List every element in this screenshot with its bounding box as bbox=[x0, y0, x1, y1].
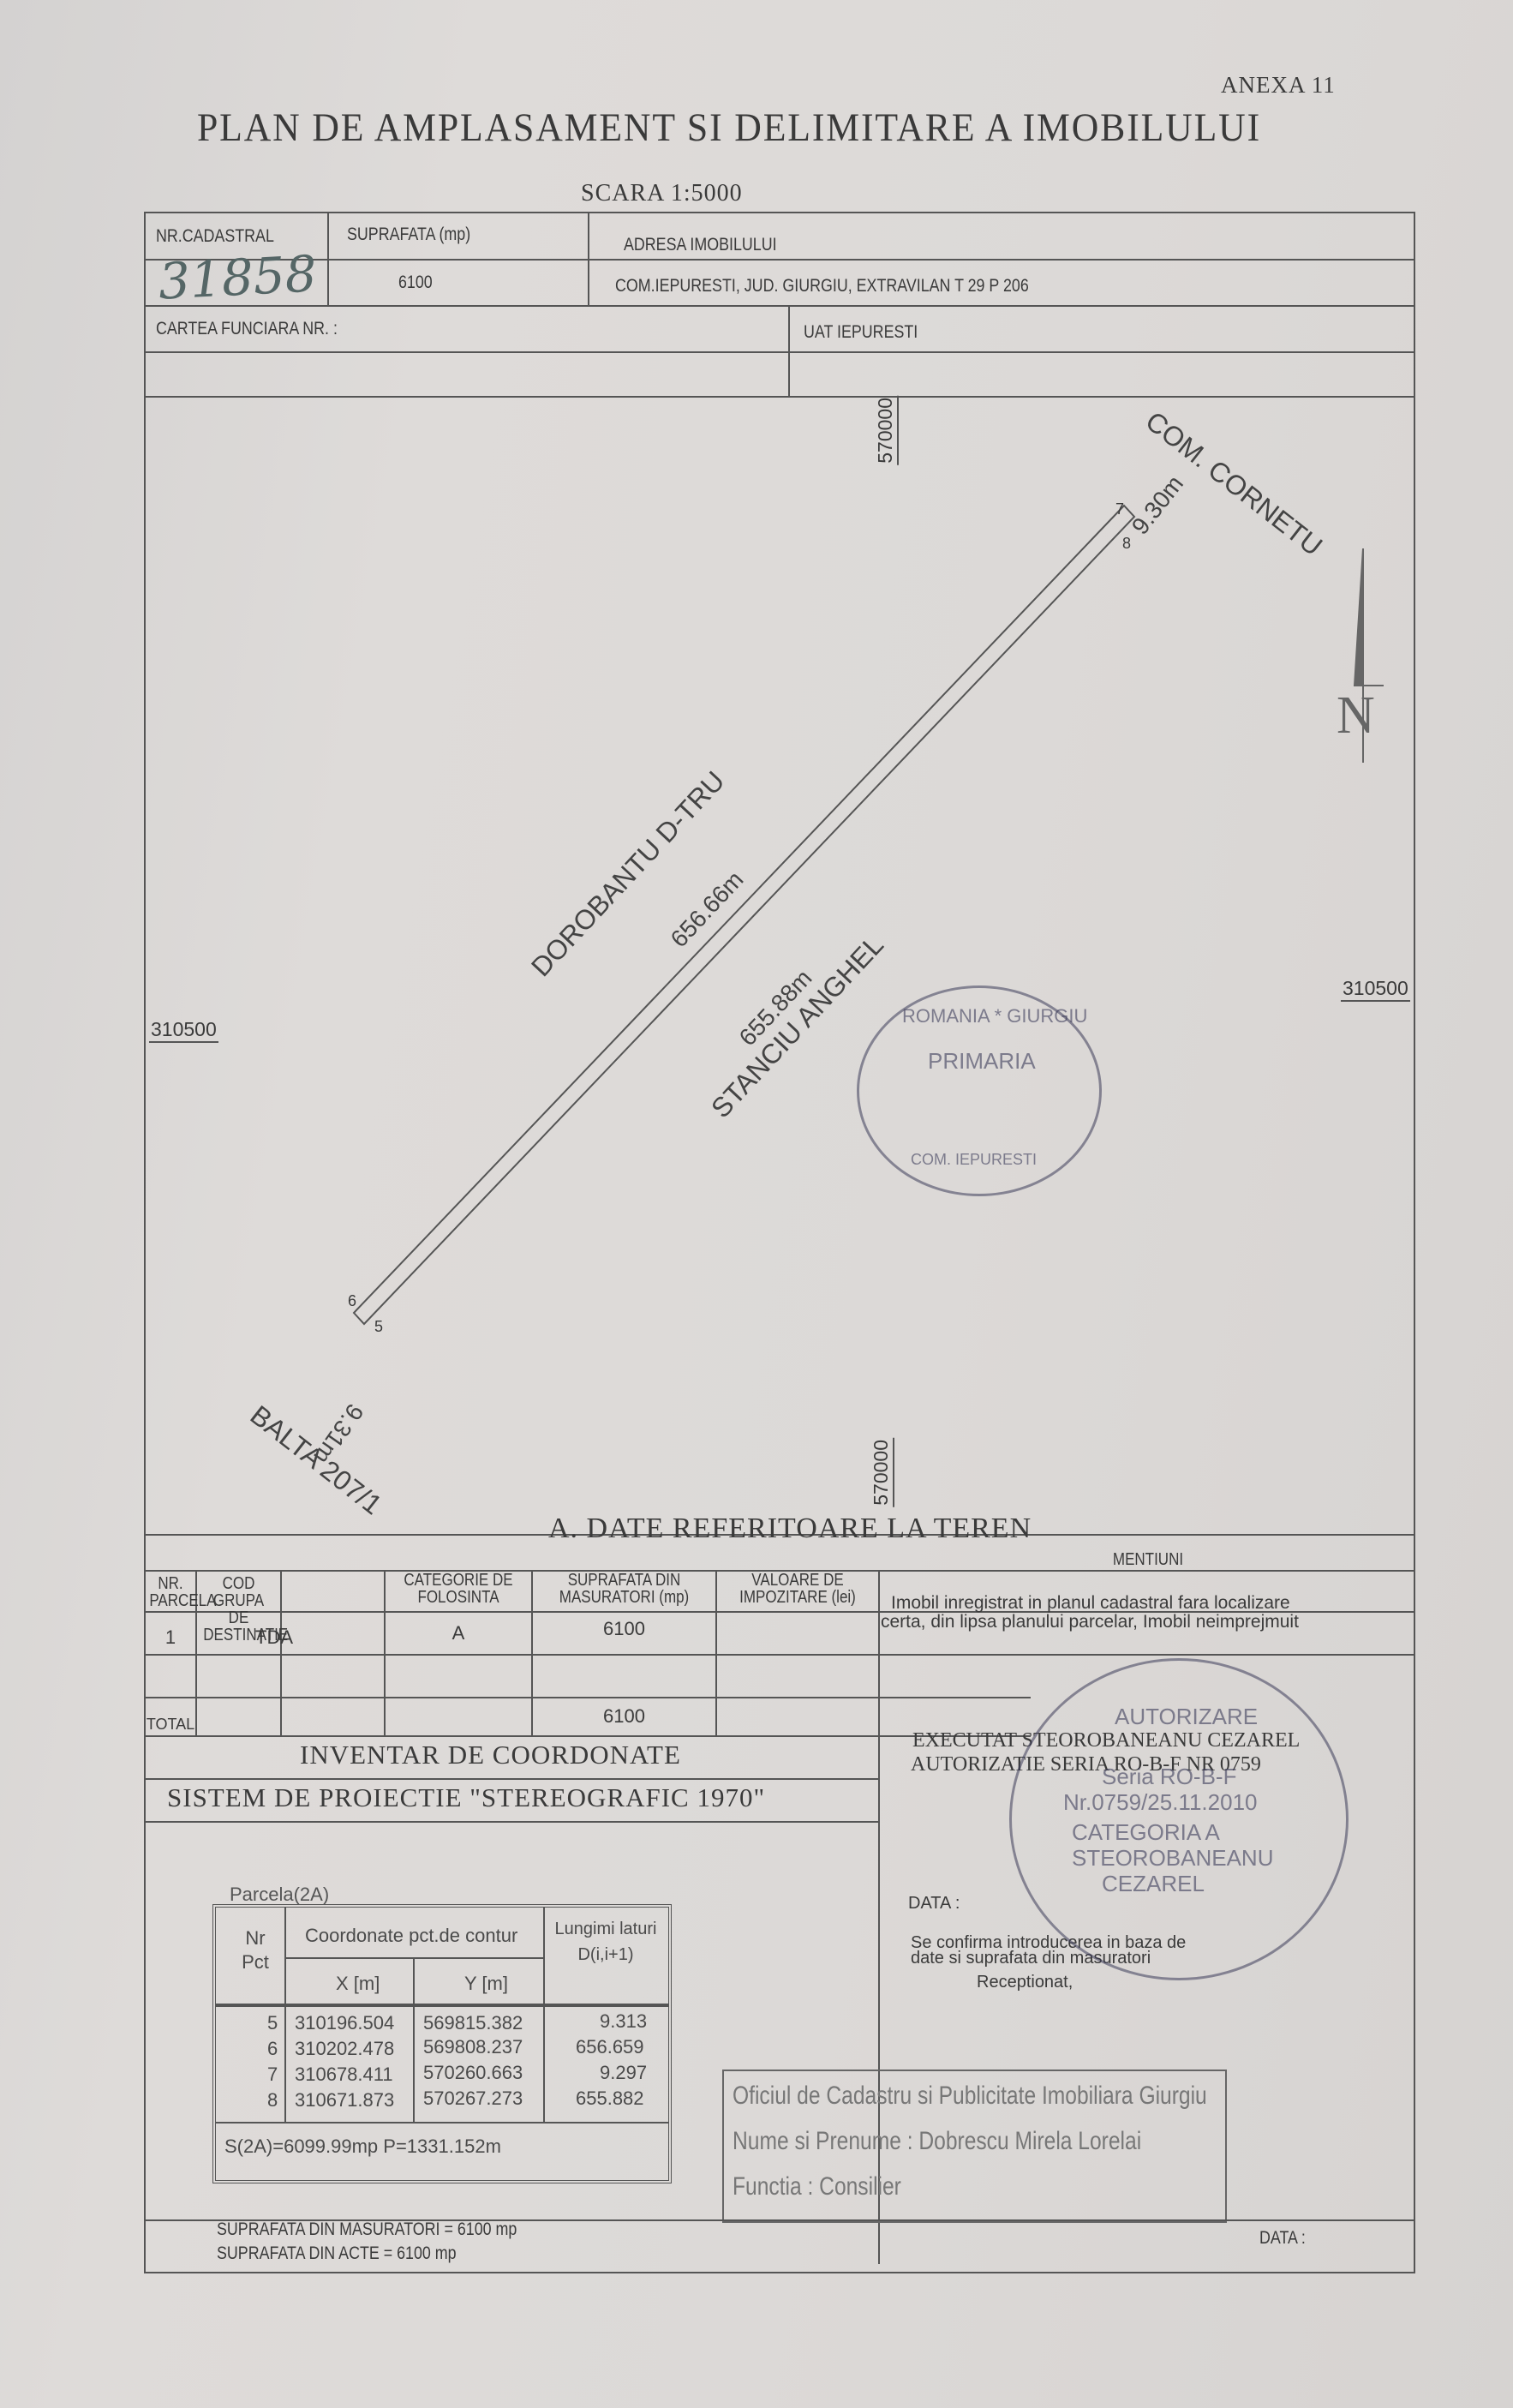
point-8-label: 8 bbox=[1122, 535, 1131, 553]
cell-use-category: A bbox=[386, 1622, 531, 1644]
col-measured-area: SUPRAFATA DIN MASURATORI (mp) bbox=[547, 1572, 702, 1606]
header-y: Y [m] bbox=[464, 1973, 508, 1995]
side-length: 656.659 bbox=[576, 2036, 644, 2058]
point-x: 310202.478 bbox=[295, 2038, 394, 2060]
col-mentions: MENTIUNI bbox=[923, 1551, 1374, 1568]
point-y: 569808.237 bbox=[423, 2036, 523, 2058]
stamp-text: PRIMARIA bbox=[928, 1048, 1036, 1075]
ocpi-office: Oficiul de Cadastru si Publicitate Imobi… bbox=[733, 2082, 1207, 2111]
authorization-stamp: AUTORIZARE Seria RO-B-F Nr.0759/25.11.20… bbox=[1009, 1658, 1349, 1980]
point-nr: 8 bbox=[267, 2089, 278, 2111]
area-perimeter-summary: S(2A)=6099.99mp P=1331.152m bbox=[224, 2135, 501, 2158]
col-use-category: CATEGORIE DE FOLOSINTA bbox=[397, 1572, 521, 1606]
cell-destination-code: TDA bbox=[197, 1626, 351, 1649]
point-y: 570260.663 bbox=[423, 2062, 523, 2084]
point-nr: 7 bbox=[267, 2064, 278, 2086]
point-x: 310196.504 bbox=[295, 2012, 394, 2034]
point-5-label: 5 bbox=[374, 1318, 383, 1336]
stamp-text: STEOROBANEANU bbox=[1072, 1845, 1274, 1872]
inventory-title: INVENTAR DE COORDONATE bbox=[300, 1740, 681, 1770]
north-arrow-icon: N bbox=[1337, 686, 1375, 746]
stamp-text: COM. IEPURESTI bbox=[911, 1151, 1037, 1169]
header-side-length: Lungimi laturi D(i,i+1) bbox=[554, 1916, 657, 1968]
point-y: 569815.382 bbox=[423, 2012, 523, 2034]
parcel-label: Parcela(2A) bbox=[230, 1884, 329, 1906]
point-6-label: 6 bbox=[348, 1292, 356, 1310]
point-7-label: 7 bbox=[1115, 500, 1124, 518]
header-coordinates: Coordonate pct.de contur bbox=[305, 1925, 517, 1947]
executor-date-label: DATA : bbox=[908, 1894, 960, 1914]
point-x: 310671.873 bbox=[295, 2089, 394, 2111]
cell-parcel-nr: 1 bbox=[146, 1626, 195, 1649]
municipality-stamp: ROMANIA * GIURGIU PRIMARIA COM. IEPUREST… bbox=[857, 985, 1102, 1196]
stamp-text: CEZAREL bbox=[1102, 1871, 1205, 1897]
projection-system: SISTEM DE PROIECTIE "STEREOGRAFIC 1970" bbox=[167, 1782, 765, 1813]
footer-date-label: DATA : bbox=[1259, 2228, 1306, 2249]
point-y: 570267.273 bbox=[423, 2088, 523, 2110]
point-x: 310678.411 bbox=[295, 2064, 393, 2086]
section-a-title: A. DATE REFERITOARE LA TEREN bbox=[548, 1512, 1032, 1545]
received-label: Receptionat, bbox=[977, 1973, 1073, 1992]
col-tax-value: VALOARE DE IMPOZITARE (lei) bbox=[729, 1572, 866, 1606]
side-length: 9.313 bbox=[600, 2010, 647, 2033]
ocpi-officer-name: Nume si Prenume : Dobrescu Mirela Lorela… bbox=[733, 2127, 1141, 2156]
mentions-line-2: certa, din lipsa planului parcelar, Imob… bbox=[881, 1613, 1299, 1632]
measured-area-summary: SUPRAFATA DIN MASURATORI = 6100 mp bbox=[217, 2219, 517, 2240]
stamp-text: AUTORIZARE bbox=[1115, 1704, 1258, 1730]
total-label: TOTAL bbox=[146, 1716, 195, 1734]
stamp-text: Nr.0759/25.11.2010 bbox=[1063, 1789, 1257, 1816]
header-point-nr: Nr Pct bbox=[238, 1926, 272, 1974]
total-area: 6100 bbox=[533, 1705, 715, 1728]
side-length: 655.882 bbox=[576, 2088, 644, 2110]
deed-area-summary: SUPRAFATA DIN ACTE = 6100 mp bbox=[217, 2243, 457, 2264]
ocpi-officer-role: Functia : Consilier bbox=[733, 2172, 901, 2201]
document-page: ANEXA 11 PLAN DE AMPLASAMENT SI DELIMITA… bbox=[0, 0, 1513, 2408]
col-parcel-nr: NR. PARCELA bbox=[149, 1575, 191, 1609]
stamp-text: ROMANIA * GIURGIU bbox=[902, 1005, 1087, 1027]
side-length: 9.297 bbox=[600, 2062, 647, 2084]
coordinates-table: Nr Pct Coordonate pct.de contur X [m] Y … bbox=[212, 1904, 672, 2183]
point-nr: 5 bbox=[267, 2012, 278, 2034]
header-x: X [m] bbox=[336, 1973, 380, 1995]
stamp-text: CATEGORIA A bbox=[1072, 1819, 1220, 1846]
cell-measured-area: 6100 bbox=[533, 1618, 715, 1640]
point-nr: 6 bbox=[267, 2038, 278, 2060]
ocpi-receipt-box: Oficiul de Cadastru si Publicitate Imobi… bbox=[722, 2070, 1227, 2223]
stamp-text: Seria RO-B-F bbox=[1102, 1764, 1236, 1790]
mentions-line-1: Imobil inregistrat in planul cadastral f… bbox=[891, 1594, 1290, 1613]
